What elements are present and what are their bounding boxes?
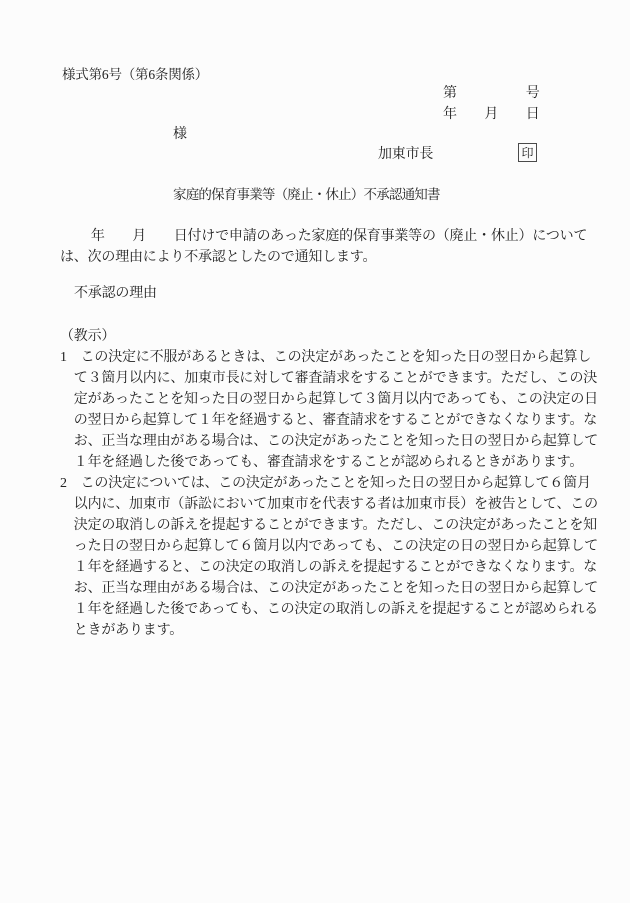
kyoji-item2-line: 決定の取消しの訴えを提起することができます。ただし、この決定があったことを知 xyxy=(60,515,598,536)
issuer-mayor: 加東市長 xyxy=(378,144,433,165)
doc-number-line: 第 号 xyxy=(443,83,540,104)
kyoji-item2-line: った日の翌日から起算して６箇月以内であっても、この決定の日の翌日から起算して xyxy=(60,536,598,557)
reason-label: 不承認の理由 xyxy=(74,283,157,304)
body-paragraph-line: 年 月 日付けで申請のあった家庭的保育事業等の（廃止・休止）について xyxy=(60,226,587,247)
kyoji-item2-line: １年を経過すると、この決定の取消しの訴えを提起することができなくなります。な xyxy=(60,557,598,578)
kyoji-item2-line: 2 この決定については、この決定があったことを知った日の翌日から起算して６箇月 xyxy=(60,473,598,494)
kyoji-item1-line: １年を経過した後であっても、審査請求をすることが認められるときがあります。 xyxy=(60,452,598,473)
seal-box: 印 xyxy=(518,143,537,162)
kyoji-item2-line: お、正当な理由がある場合は、この決定があったことを知った日の翌日から起算して xyxy=(60,578,598,599)
kyoji-item1-line: て３箇月以内に、加東市長に対して審査請求をすることができます。ただし、この決 xyxy=(60,368,598,389)
form-number: 様式第6号（第6条関係） xyxy=(62,64,208,85)
kyoji-item1-line: 定があったことを知った日の翌日から起算して３箇月以内であっても、この決定の日 xyxy=(60,389,598,410)
body-paragraph-line: は、次の理由により不承認としたので通知します。 xyxy=(60,247,587,268)
kyoji-section: （教示） 1 この決定に不服があるときは、この決定があったことを知った日の翌日か… xyxy=(60,326,598,641)
kyoji-item2-line: ときがあります。 xyxy=(60,620,598,641)
kyoji-header: （教示） xyxy=(60,326,598,347)
kyoji-item1-line: 1 この決定に不服があるときは、この決定があったことを知った日の翌日から起算し xyxy=(60,347,598,368)
document-page: 様式第6号（第6条関係） 第 号 年 月 日 様 加東市長 印 家庭的保育事業等… xyxy=(0,0,630,903)
document-title: 家庭的保育事業等（廃止・休止）不承認通知書 xyxy=(173,184,440,205)
kyoji-item2-line: １年を経過した後であっても、この決定の取消しの訴えを提起することが認められる xyxy=(60,599,598,620)
body-paragraph: 年 月 日付けで申請のあった家庭的保育事業等の（廃止・休止）について は、次の理… xyxy=(60,226,587,268)
addressee-honorific: 様 xyxy=(173,124,187,145)
kyoji-item1-line: の翌日から起算して１年を経過すると、審査請求をすることができなくなります。な xyxy=(60,410,598,431)
kyoji-item1-line: お、正当な理由がある場合は、この決定があったことを知った日の翌日から起算して xyxy=(60,431,598,452)
date-line: 年 月 日 xyxy=(443,104,540,125)
kyoji-item2-line: 以内に、加東市（訴訟において加東市を代表する者は加東市長）を被告として、この xyxy=(60,494,598,515)
seal-character: 印 xyxy=(521,147,533,159)
